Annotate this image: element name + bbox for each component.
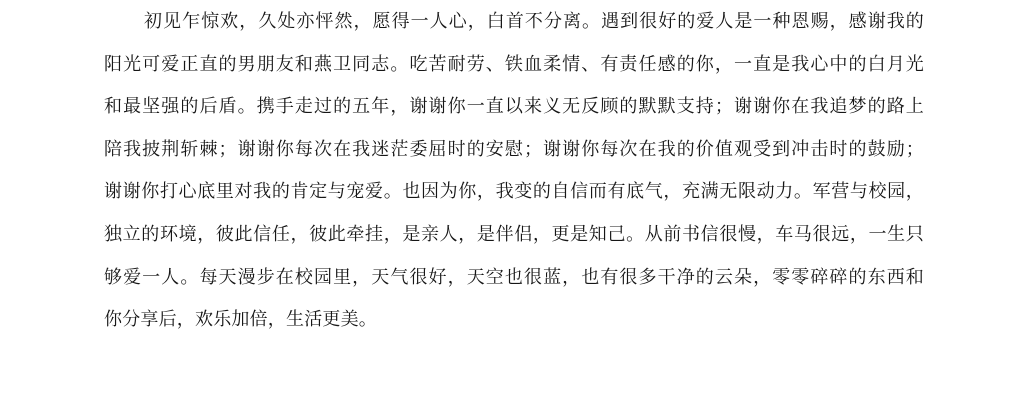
paragraph-line-5: 谢谢你打心底里对我的肯定与宠爱。也因为你，我变的自信而有底气，充满无限动力。军营…	[104, 170, 924, 213]
paragraph-line-4: 陪我披荆斩棘；谢谢你每次在我迷茫委屈时的安慰；谢谢你每次在我的价值观受到冲击时的…	[104, 128, 924, 171]
document-page: 初见乍惊欢，久处亦怦然，愿得一人心，白首不分离。遇到很好的爱人是一种恩赐，感谢我…	[0, 0, 1024, 398]
paragraph-line-7: 够爱一人。每天漫步在校园里，天气很好，天空也很蓝，也有很多干净的云朵，零零碎碎的…	[104, 256, 924, 299]
paragraph-line-6: 独立的环境，彼此信任，彼此牵挂，是亲人，是伴侣，更是知己。从前书信很慢，车马很远…	[104, 213, 924, 256]
paragraph-line-2: 阳光可爱正直的男朋友和燕卫同志。吃苦耐劳、铁血柔情、有责任感的你，一直是我心中的…	[104, 43, 924, 86]
paragraph-line-1: 初见乍惊欢，久处亦怦然，愿得一人心，白首不分离。遇到很好的爱人是一种恩赐，感谢我…	[104, 0, 924, 43]
paragraph-line-3: 和最坚强的后盾。携手走过的五年，谢谢你一直以来义无反顾的默默支持；谢谢你在我追梦…	[104, 85, 924, 128]
paragraph: 初见乍惊欢，久处亦怦然，愿得一人心，白首不分离。遇到很好的爱人是一种恩赐，感谢我…	[104, 0, 924, 341]
paragraph-line-8: 你分享后，欢乐加倍，生活更美。	[104, 298, 924, 341]
